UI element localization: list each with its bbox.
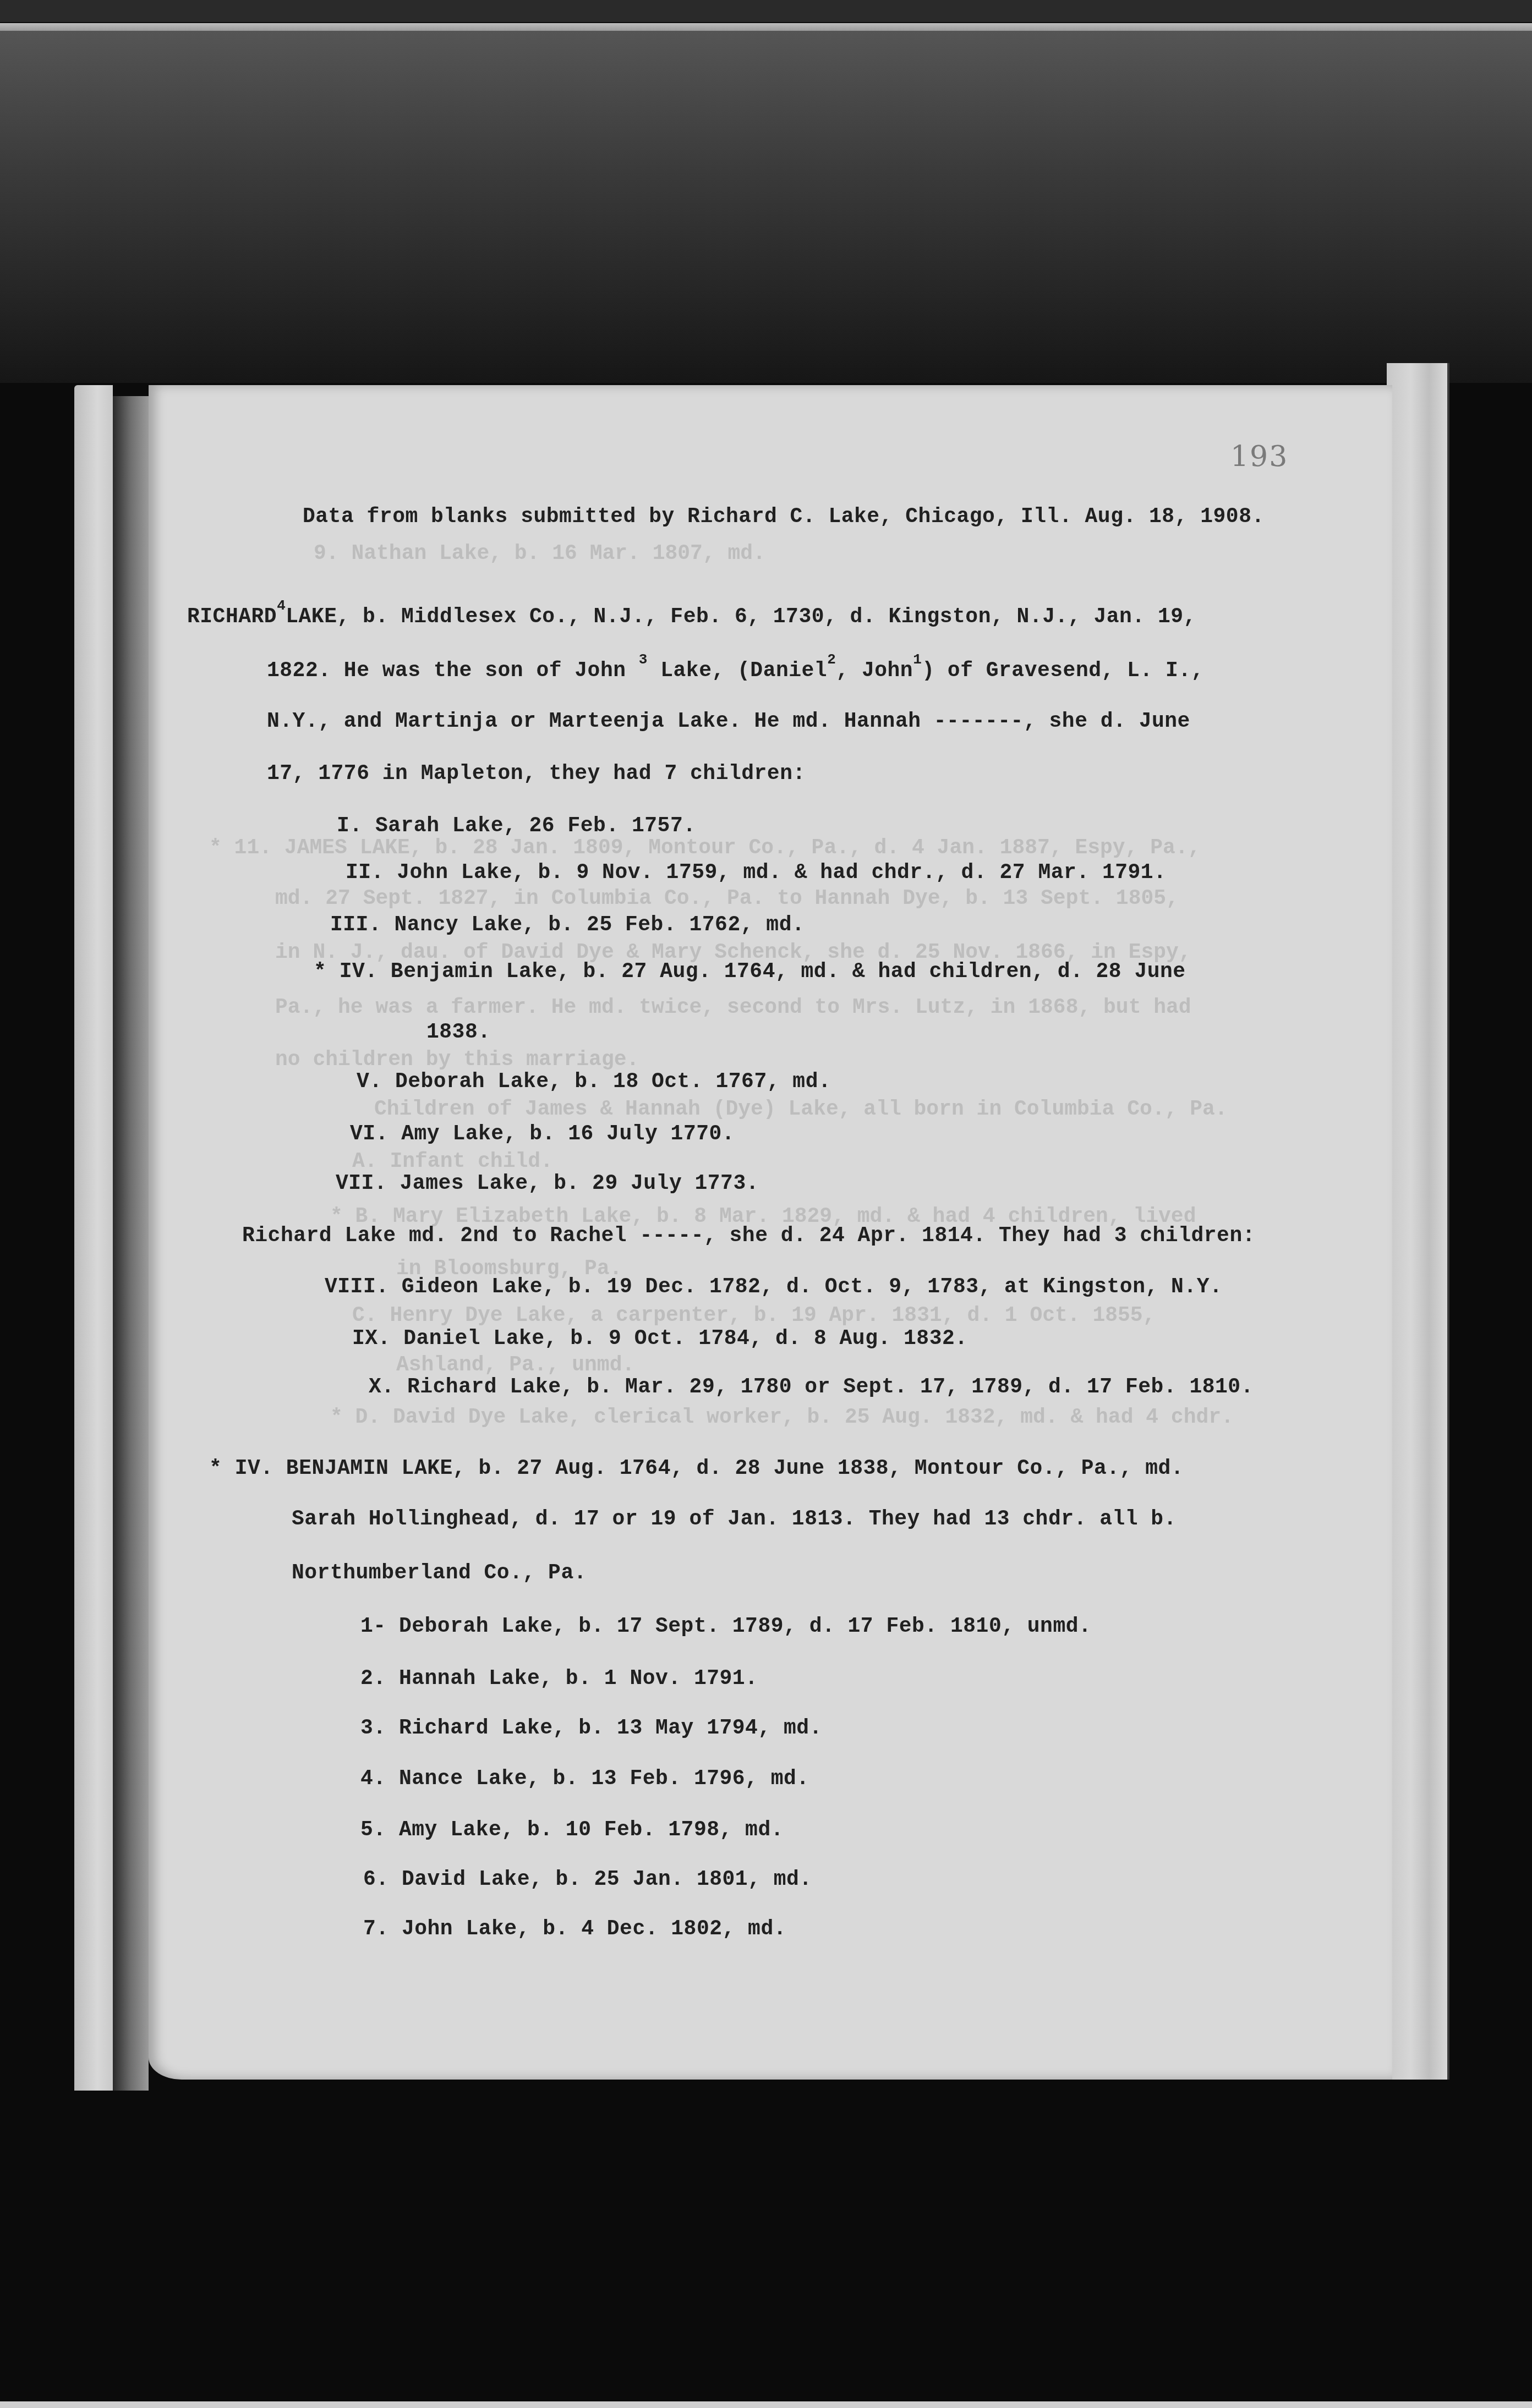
page-number: 193: [1230, 440, 1288, 473]
document-header: Data from blanks submitted by Richard C.…: [303, 505, 1265, 529]
bleed-through-line: A. Infant child.: [352, 1150, 553, 1173]
film-light-strip: [0, 23, 1532, 31]
benjamin-lake-line-2: Sarah Hollinghead, d. 17 or 19 of Jan. 1…: [292, 1507, 1177, 1531]
richard-lake-line-3: N.Y., and Martinja or Marteenja Lake. He…: [267, 710, 1190, 733]
bleed-through-line: 9. Nathan Lake, b. 16 Mar. 1807, md.: [314, 542, 765, 566]
bleed-through-line: Children of James & Hannah (Dye) Lake, a…: [374, 1098, 1228, 1121]
bleed-through-line: Ashland, Pa., unmd.: [396, 1353, 634, 1377]
bleed-through-line: md. 27 Sept. 1827, in Columbia Co., Pa. …: [275, 887, 1179, 910]
benjamin-child-entry: 6. David Lake, b. 25 Jan. 1801, md.: [363, 1868, 812, 1891]
child-entry: VIII. Gideon Lake, b. 19 Dec. 1782, d. O…: [325, 1275, 1222, 1299]
film-top-border: [0, 0, 1532, 22]
richard-lake-line-1: RICHARD4LAKE, b. Middlesex Co., N.J., Fe…: [187, 605, 1196, 629]
benjamin-lake-line-3: Northumberland Co., Pa.: [292, 1561, 587, 1585]
child-entry: IX. Daniel Lake, b. 9 Oct. 1784, d. 8 Au…: [352, 1327, 968, 1351]
benjamin-child-entry: 4. Nance Lake, b. 13 Feb. 1796, md.: [360, 1767, 809, 1791]
child-entry-continuation: 1838.: [426, 1021, 491, 1044]
bleed-through-line: * D. David Dye Lake, clerical worker, b.…: [330, 1406, 1234, 1429]
child-entry: VI. Amy Lake, b. 16 July 1770.: [350, 1122, 735, 1146]
generation-superscript: 4: [277, 597, 286, 614]
child-entry-starred: * IV. Benjamin Lake, b. 27 Aug. 1764, md…: [314, 960, 1186, 984]
benjamin-child-entry: 3. Richard Lake, b. 13 May 1794, md.: [360, 1716, 822, 1740]
child-entry: X. Richard Lake, b. Mar. 29, 1780 or Sep…: [369, 1375, 1254, 1399]
benjamin-child-entry: 7. John Lake, b. 4 Dec. 1802, md.: [363, 1917, 786, 1941]
child-entry: III. Nancy Lake, b. 25 Feb. 1762, md.: [330, 913, 805, 937]
asterisk-marker: *: [209, 1457, 222, 1480]
benjamin-child-entry: 2. Hannah Lake, b. 1 Nov. 1791.: [360, 1667, 758, 1691]
bleed-through-line: * 11. JAMES LAKE, b. 28 Jan. 1809, Monto…: [209, 836, 1201, 860]
richard-lake-line-4: 17, 1776 in Mapleton, they had 7 childre…: [267, 762, 806, 786]
benjamin-child-entry: 5. Amy Lake, b. 10 Feb. 1798, md.: [360, 1818, 784, 1842]
page-stack-edge: [1387, 363, 1449, 2080]
richard-lake-line-2: 1822. He was the son of John 3 Lake, (Da…: [267, 659, 1204, 683]
asterisk-marker: *: [314, 960, 326, 984]
second-marriage-note: Richard Lake md. 2nd to Rachel -----, sh…: [242, 1224, 1255, 1248]
left-page-edge: [74, 385, 113, 2091]
book-gutter: [113, 396, 149, 2091]
bleed-through-line: C. Henry Dye Lake, a carpenter, b. 19 Ap…: [352, 1304, 1155, 1328]
child-entry: V. Deborah Lake, b. 18 Oct. 1767, md.: [357, 1070, 831, 1094]
child-entry: VII. James Lake, b. 29 July 1773.: [336, 1172, 759, 1195]
film-background-top: [0, 31, 1532, 383]
bleed-through-line: no children by this marriage.: [275, 1048, 639, 1072]
child-entry: I. Sarah Lake, 26 Feb. 1757.: [337, 814, 696, 838]
benjamin-child-entry: 1- Deborah Lake, b. 17 Sept. 1789, d. 17…: [360, 1615, 1091, 1638]
film-bottom-border: [0, 2401, 1532, 2408]
benjamin-lake-line-1: * IV. BENJAMIN LAKE, b. 27 Aug. 1764, d.…: [209, 1457, 1184, 1480]
child-entry: II. John Lake, b. 9 Nov. 1759, md. & had…: [346, 861, 1166, 885]
bleed-through-line: Pa., he was a farmer. He md. twice, seco…: [275, 996, 1191, 1019]
